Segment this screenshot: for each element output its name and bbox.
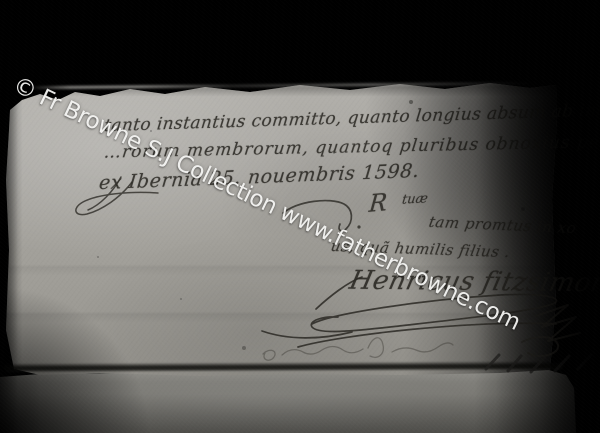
manuscript-photograph: tanto instantius committo, quanto longiu… <box>0 0 600 433</box>
pen-slash <box>578 355 591 369</box>
closing-initial: R <box>368 188 388 218</box>
dust-specks <box>0 0 2 2</box>
closing-superscript: tuæ <box>401 191 429 207</box>
folded-page-under <box>0 368 576 433</box>
